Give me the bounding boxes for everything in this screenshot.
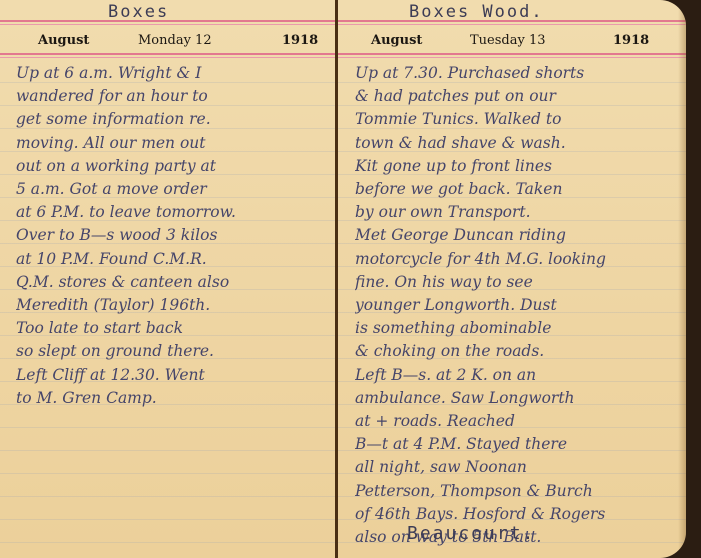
entry-line: & choking on the roads. (355, 340, 677, 363)
diary-entry: Up at 7.30. Purchased shorts & had patch… (355, 62, 677, 549)
entry-line: at 10 P.M. Found C.M.R. (16, 248, 328, 271)
day-label: Tuesday 13 (470, 33, 546, 48)
red-rule (0, 57, 337, 58)
entry-line: B—t at 4 P.M. Stayed there (355, 433, 677, 456)
entry-line: Up at 7.30. Purchased shorts (355, 62, 677, 85)
month-label: August (371, 33, 422, 48)
diary-spread: Boxes August Monday 12 1918 Up at 6 a.m.… (0, 0, 701, 558)
entry-line: Left B—s. at 2 K. on an (355, 364, 677, 387)
date-header: August Tuesday 13 1918 (337, 30, 686, 52)
entry-line: get some information re. (16, 108, 328, 131)
entry-line: Met George Duncan riding (355, 224, 677, 247)
place-heading: Boxes Wood. (409, 2, 544, 22)
book-spine (335, 0, 338, 558)
diary-entry: Up at 6 a.m. Wright & I wandered for an … (16, 62, 328, 410)
red-rule (337, 57, 686, 58)
entry-line: out on a working party at (16, 155, 328, 178)
entry-line: 5 a.m. Got a move order (16, 178, 328, 201)
right-page: Boxes Wood. August Tuesday 13 1918 Up at… (337, 0, 686, 558)
footer-place-label: Beaucourt. (407, 523, 535, 544)
red-rule (337, 24, 686, 25)
entry-line: Q.M. stores & canteen also (16, 271, 328, 294)
entry-line: moving. All our men out (16, 132, 328, 155)
entry-line: Kit gone up to front lines (355, 155, 677, 178)
entry-line: to M. Gren Camp. (16, 387, 328, 410)
entry-line: by our own Transport. (355, 201, 677, 224)
month-label: August (38, 33, 89, 48)
entry-line: at 6 P.M. to leave tomorrow. (16, 201, 328, 224)
entry-line: & had patches put on our (355, 85, 677, 108)
entry-line: all night, saw Noonan (355, 456, 677, 479)
entry-line: at + roads. Reached (355, 410, 677, 433)
entry-line: Left Cliff at 12.30. Went (16, 364, 328, 387)
entry-line: so slept on ground there. (16, 340, 328, 363)
entry-line: Up at 6 a.m. Wright & I (16, 62, 328, 85)
entry-line: ambulance. Saw Longworth (355, 387, 677, 410)
year-label: 1918 (282, 33, 318, 48)
red-rule (337, 53, 686, 55)
entry-line: Tommie Tunics. Walked to (355, 108, 677, 131)
entry-line: Too late to start back (16, 317, 328, 340)
place-heading: Boxes (108, 2, 169, 22)
entry-line: motorcycle for 4th M.G. looking (355, 248, 677, 271)
date-header: August Monday 12 1918 (0, 30, 337, 52)
entry-line: town & had shave & wash. (355, 132, 677, 155)
page-edge-shade (678, 0, 686, 558)
left-page: Boxes August Monday 12 1918 Up at 6 a.m.… (0, 0, 337, 558)
red-rule (0, 53, 337, 55)
year-label: 1918 (613, 33, 649, 48)
entry-line: younger Longworth. Dust (355, 294, 677, 317)
entry-line: is something abominable (355, 317, 677, 340)
entry-line: wandered for an hour to (16, 85, 328, 108)
day-label: Monday 12 (138, 33, 212, 48)
entry-line: fine. On his way to see (355, 271, 677, 294)
entry-line: Over to B—s wood 3 kilos (16, 224, 328, 247)
entry-line: Petterson, Thompson & Burch (355, 480, 677, 503)
entry-line: Meredith (Taylor) 196th. (16, 294, 328, 317)
red-rule (0, 24, 337, 25)
entry-line: before we got back. Taken (355, 178, 677, 201)
